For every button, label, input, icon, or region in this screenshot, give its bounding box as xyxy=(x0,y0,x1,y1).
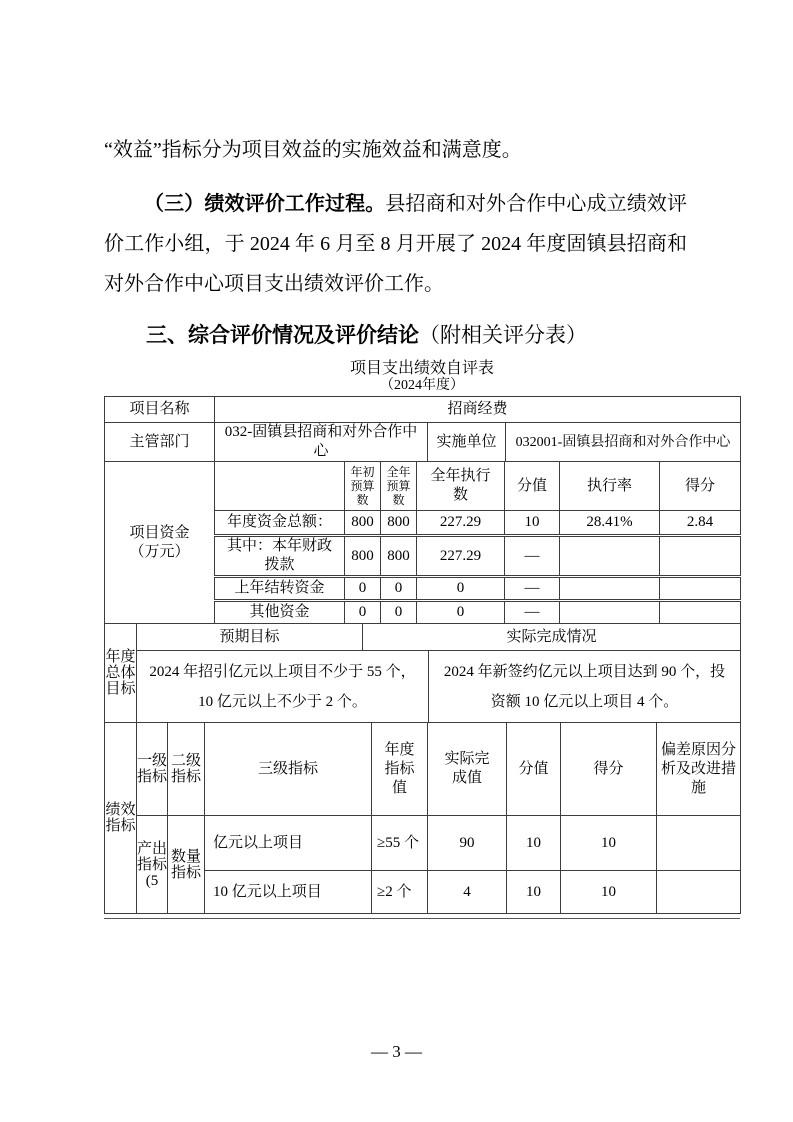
paragraph-process-lead: （三）绩效评价工作过程。 xyxy=(144,193,385,215)
indicator-weight-cell: 10 xyxy=(507,871,561,914)
level1-value-cell: 产出指标(5 xyxy=(137,816,168,914)
funds-name-cell: 上年结转资金 xyxy=(215,577,345,601)
table-title: 项目支出绩效自评表 xyxy=(104,360,740,377)
score-header-cell: 得分 xyxy=(561,723,657,816)
funds-header-executed-cell: 全年执行数 xyxy=(417,462,505,511)
page-content: “效益”指标分为项目效益的实施效益和满意度。 （三）绩效评价工作过程。县招商和对… xyxy=(104,130,740,919)
funds-value-cell: 227.29 xyxy=(417,511,505,536)
funds-header-initial-cell: 年初预算数 xyxy=(345,462,381,511)
funds-value-cell: 800 xyxy=(345,511,381,536)
level1-header-cell: 一级指标 xyxy=(137,723,168,816)
funds-value-cell: 800 xyxy=(381,511,417,536)
self-evaluation-table: 项目名称 招商经费 主管部门 032-固镇县招商和对外合作中心 实施单位 032… xyxy=(104,396,740,919)
impl-value-cell: 032001-固镇县招商和对外合作中心 xyxy=(506,423,741,462)
deviation-header-cell: 偏差原因分析及改进措施 xyxy=(657,723,741,816)
actual-completion-header-cell: 实际完成情况 xyxy=(363,624,741,651)
performance-row-label-cell: 绩效指标 xyxy=(105,723,137,914)
indicator-name-cell: 亿元以上项目 xyxy=(205,816,372,871)
level2-value-cell: 数量指标 xyxy=(168,816,205,914)
funds-header-score-cell: 得分 xyxy=(660,462,741,511)
funds-value-cell: 2.84 xyxy=(660,511,741,536)
funds-table: 项目资金（万元） 年初预算数 全年预算数 全年执行数 分值 执行率 得分 年度资… xyxy=(104,461,741,624)
funds-value-cell xyxy=(660,601,741,624)
expected-goal-header-cell: 预期目标 xyxy=(137,624,363,651)
page-number: — 3 — xyxy=(0,1042,793,1062)
project-info-table: 项目名称 招商经费 主管部门 032-固镇县招商和对外合作中心 实施单位 032… xyxy=(104,396,741,462)
funds-value-cell: 800 xyxy=(345,536,381,577)
paragraph-benefit: “效益”指标分为项目效益的实施效益和满意度。 xyxy=(104,130,687,170)
indicator-weight-cell: 10 xyxy=(507,816,561,871)
funds-value-cell: 0 xyxy=(381,577,417,601)
level2-header-cell: 二级指标 xyxy=(168,723,205,816)
funds-value-cell xyxy=(560,536,660,577)
table-subtitle: （2024年度） xyxy=(104,378,740,393)
funds-value-cell xyxy=(660,536,741,577)
actual-completion-text-cell: 2024 年新签约亿元以上项目达到 90 个，投资额 10 亿元以上项目 4 个… xyxy=(429,651,741,723)
project-name-label-cell: 项目名称 xyxy=(105,397,215,423)
indicator-deviation-cell xyxy=(657,871,741,914)
funds-value-cell xyxy=(660,577,741,601)
target-header-cell: 年度指标值 xyxy=(372,723,428,816)
indicator-name-cell: 10 亿元以上项目 xyxy=(205,871,372,914)
funds-value-cell: 0 xyxy=(345,577,381,601)
funds-value-cell: 800 xyxy=(381,536,417,577)
expected-goal-text-cell: 2024 年招引亿元以上项目不少于 55 个，10 亿元以上不少于 2 个。 xyxy=(137,651,429,723)
funds-value-cell: 0 xyxy=(417,601,505,624)
indicator-target-cell: ≥55 个 xyxy=(372,816,428,871)
actual-header-cell: 实际完成值 xyxy=(428,723,507,816)
document-page: “效益”指标分为项目效益的实施效益和满意度。 （三）绩效评价工作过程。县招商和对… xyxy=(0,0,793,1122)
indicator-row: 产出指标(5 数量指标 亿元以上项目 ≥55 个 90 10 10 xyxy=(105,816,741,871)
funds-value-cell: — xyxy=(505,536,560,577)
funds-blank-header-cell xyxy=(215,462,345,511)
funds-header-annual-cell: 全年预算数 xyxy=(381,462,417,511)
annual-goal-row-label-cell: 年度总体目标 xyxy=(105,624,137,723)
funds-name-cell: 其中：本年财政拨款 xyxy=(215,536,345,577)
funds-header-weight-cell: 分值 xyxy=(505,462,560,511)
funds-value-cell xyxy=(560,601,660,624)
project-name-value-cell: 招商经费 xyxy=(215,397,741,423)
indicator-actual-cell: 4 xyxy=(428,871,507,914)
indicator-target-cell: ≥2 个 xyxy=(372,871,428,914)
dept-value-cell: 032-固镇县招商和对外合作中心 xyxy=(215,423,428,462)
funds-value-cell: 28.41% xyxy=(560,511,660,536)
indicator-actual-cell: 90 xyxy=(428,816,507,871)
annual-goal-table: 年度总体目标 预期目标 实际完成情况 2024 年招引亿元以上项目不少于 55 … xyxy=(104,623,741,723)
funds-name-cell: 年度资金总额： xyxy=(215,511,345,536)
section-heading-main: 三、综合评价情况及评价结论 xyxy=(146,324,419,347)
funds-value-cell: 0 xyxy=(417,577,505,601)
indicator-score-cell: 10 xyxy=(561,871,657,914)
funds-value-cell: 0 xyxy=(381,601,417,624)
section-heading-paren: （附相关评分表） xyxy=(419,323,587,347)
section-heading: 三、综合评价情况及评价结论（附相关评分表） xyxy=(104,320,704,351)
table-outer-bottom-border xyxy=(104,914,740,919)
dept-label-cell: 主管部门 xyxy=(105,423,215,462)
weight-header-cell: 分值 xyxy=(507,723,561,816)
funds-value-cell: — xyxy=(505,601,560,624)
paragraph-process: （三）绩效评价工作过程。县招商和对外合作中心成立绩效评价工作小组，于 2024 … xyxy=(104,184,687,304)
funds-header-rate-cell: 执行率 xyxy=(560,462,660,511)
funds-value-cell: — xyxy=(505,577,560,601)
level3-header-cell: 三级指标 xyxy=(205,723,372,816)
funds-value-cell: 0 xyxy=(345,601,381,624)
indicator-deviation-cell xyxy=(657,816,741,871)
impl-label-cell: 实施单位 xyxy=(428,423,506,462)
funds-value-cell: 227.29 xyxy=(417,536,505,577)
funds-value-cell xyxy=(560,577,660,601)
funds-name-cell: 其他资金 xyxy=(215,601,345,624)
funds-row-label-cell: 项目资金（万元） xyxy=(105,462,215,624)
funds-value-cell: 10 xyxy=(505,511,560,536)
indicator-score-cell: 10 xyxy=(561,816,657,871)
performance-table: 绩效指标 一级指标 二级指标 三级指标 年度指标值 实际完成值 分值 得分 偏差… xyxy=(104,722,741,914)
